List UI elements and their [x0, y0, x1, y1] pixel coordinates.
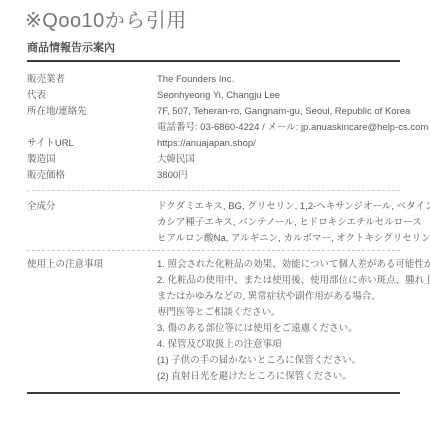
value-line: 7F, 507, Teheran-ro, Gangnam-gu, Seoul, …: [157, 104, 428, 120]
cautions-group: 使用上の注意事項 1. 照会された化粧品の効果、効能について個人差がある可能性が…: [27, 251, 400, 392]
section-title: 商品情報告示案內: [27, 42, 400, 55]
value-line: Seonhyeong Yi, Changju Lee: [157, 88, 400, 104]
table-row-seller: 販売業者 The Founders Inc.: [27, 72, 400, 88]
source-caption: ※Qoo10から引用: [0, 8, 430, 34]
ingredients-group: 全成分 ドクダミエキス, BG, グリセリン, 1,2-ヘキサンジオール, ベタ…: [27, 191, 400, 250]
value-line: 大韓民国: [157, 152, 400, 168]
value-line: 1. 照会された化粧品の効果、効能について個人差がある可能性があります。: [157, 257, 430, 273]
value-line: 専門医等とご相談ください。: [157, 305, 430, 321]
value-line: (1) 子供の手の届かないところに保管ください。: [157, 353, 430, 369]
row-value: The Founders Inc.: [157, 72, 400, 88]
value-line: The Founders Inc.: [157, 72, 400, 88]
row-value: 7F, 507, Teheran-ro, Gangnam-gu, Seoul, …: [157, 104, 428, 136]
info-table: 販売業者 The Founders Inc. 代表 Seonhyeong Yi,…: [27, 60, 400, 394]
value-line: 4. 保管及び取扱上の注意事項: [157, 337, 430, 353]
value-line: またはかゆみなどの, 異常症状や副作用がある場合、: [157, 289, 430, 305]
row-label: サイトURL: [27, 136, 157, 152]
row-value: 1. 照会された化粧品の効果、効能について個人差がある可能性があります。 2. …: [157, 257, 430, 385]
table-row-price: 販売価格 3800円: [27, 168, 400, 184]
table-row-address-contact: 所在地/連絡先 7F, 507, Teheran-ro, Gangnam-gu,…: [27, 104, 400, 136]
table-row-representative: 代表 Seonhyeong Yi, Changju Lee: [27, 88, 400, 104]
row-label: 販売業者: [27, 72, 157, 88]
row-label: 使用上の注意事項: [27, 257, 157, 273]
table-row-site-url: サイトURL https://anuajapan.shop/: [27, 136, 400, 152]
row-label: 販売価格: [27, 168, 157, 184]
row-label: 製造国: [27, 152, 157, 168]
row-value: https://anuajapan.shop/: [157, 136, 400, 152]
value-line: ヒアルロン酸Na, アルギニン, カルボマー, オクトキシグリセリン: [157, 231, 430, 247]
info-section: 商品情報告示案內 販売業者 The Founders Inc. 代表 Seonh…: [27, 42, 400, 394]
value-line: 3. 傷のある部位等には使用をご遠慮ください。: [157, 321, 430, 337]
value-line: カシア種子エキス, パンテノール, ヒドロキシエチルセルロース: [157, 215, 430, 231]
site-url-text: https://anuajapan.shop/: [157, 136, 400, 152]
row-value: ドクダミエキス, BG, グリセリン, 1,2-ヘキサンジオール, ベタイン カ…: [157, 199, 430, 247]
product-info-page: ※Qoo10から引用 商品情報告示案內 販売業者 The Founders In…: [0, 0, 430, 430]
value-line: 2. 化粧品の使用中、または使用後、使用部位に赤い斑点、腫れ上がり、: [157, 273, 430, 289]
value-line: (2) 直射日光を避けたところに保管ください。: [157, 369, 430, 385]
value-line: ドクダミエキス, BG, グリセリン, 1,2-ヘキサンジオール, ベタイン: [157, 199, 430, 215]
value-line: 電話番号: 03-6860-4224 / メール: jp.anuaskincar…: [157, 120, 428, 136]
value-line: 3800円: [157, 168, 400, 184]
row-label: 代表: [27, 88, 157, 104]
seller-info-group: 販売業者 The Founders Inc. 代表 Seonhyeong Yi,…: [27, 62, 400, 190]
row-label: 全成分: [27, 199, 157, 215]
row-value: Seonhyeong Yi, Changju Lee: [157, 88, 400, 104]
table-row-ingredients: 全成分 ドクダミエキス, BG, グリセリン, 1,2-ヘキサンジオール, ベタ…: [27, 199, 400, 247]
table-row-country: 製造国 大韓民国: [27, 152, 400, 168]
row-label: 所在地/連絡先: [27, 104, 157, 120]
row-value: 3800円: [157, 168, 400, 184]
table-row-cautions: 使用上の注意事項 1. 照会された化粧品の効果、効能について個人差がある可能性が…: [27, 257, 400, 385]
row-value: 大韓民国: [157, 152, 400, 168]
